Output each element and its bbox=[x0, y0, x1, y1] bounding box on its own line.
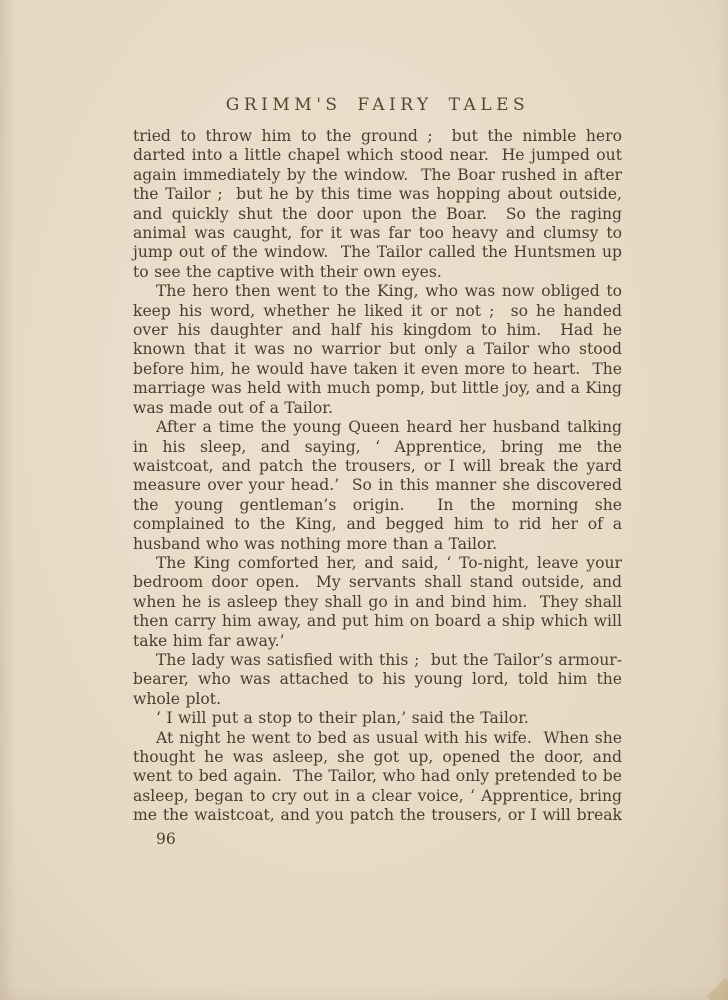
paragraph-2: The hero then went to the King, who was … bbox=[133, 282, 622, 418]
text-block: tried to throw him to the ground ; but t… bbox=[133, 127, 622, 849]
paragraph-5: The lady was satisfied with this ; but t… bbox=[133, 651, 622, 709]
running-head: GRIMM'S FAIRY TALES bbox=[133, 95, 622, 115]
paragraph-6: ‘ I will put a stop to their plan,’ said… bbox=[133, 709, 622, 728]
page-number: 96 bbox=[133, 830, 622, 849]
paragraph-7: At night he went to bed as usual with hi… bbox=[133, 729, 622, 826]
book-page: GRIMM'S FAIRY TALES tried to throw him t… bbox=[0, 0, 728, 1000]
paragraph-4: The King comforted her, and said, ‘ To-n… bbox=[133, 554, 622, 651]
paragraph-1: tried to throw him to the ground ; but t… bbox=[133, 127, 622, 282]
paragraph-3: After a time the young Queen heard her h… bbox=[133, 418, 622, 554]
